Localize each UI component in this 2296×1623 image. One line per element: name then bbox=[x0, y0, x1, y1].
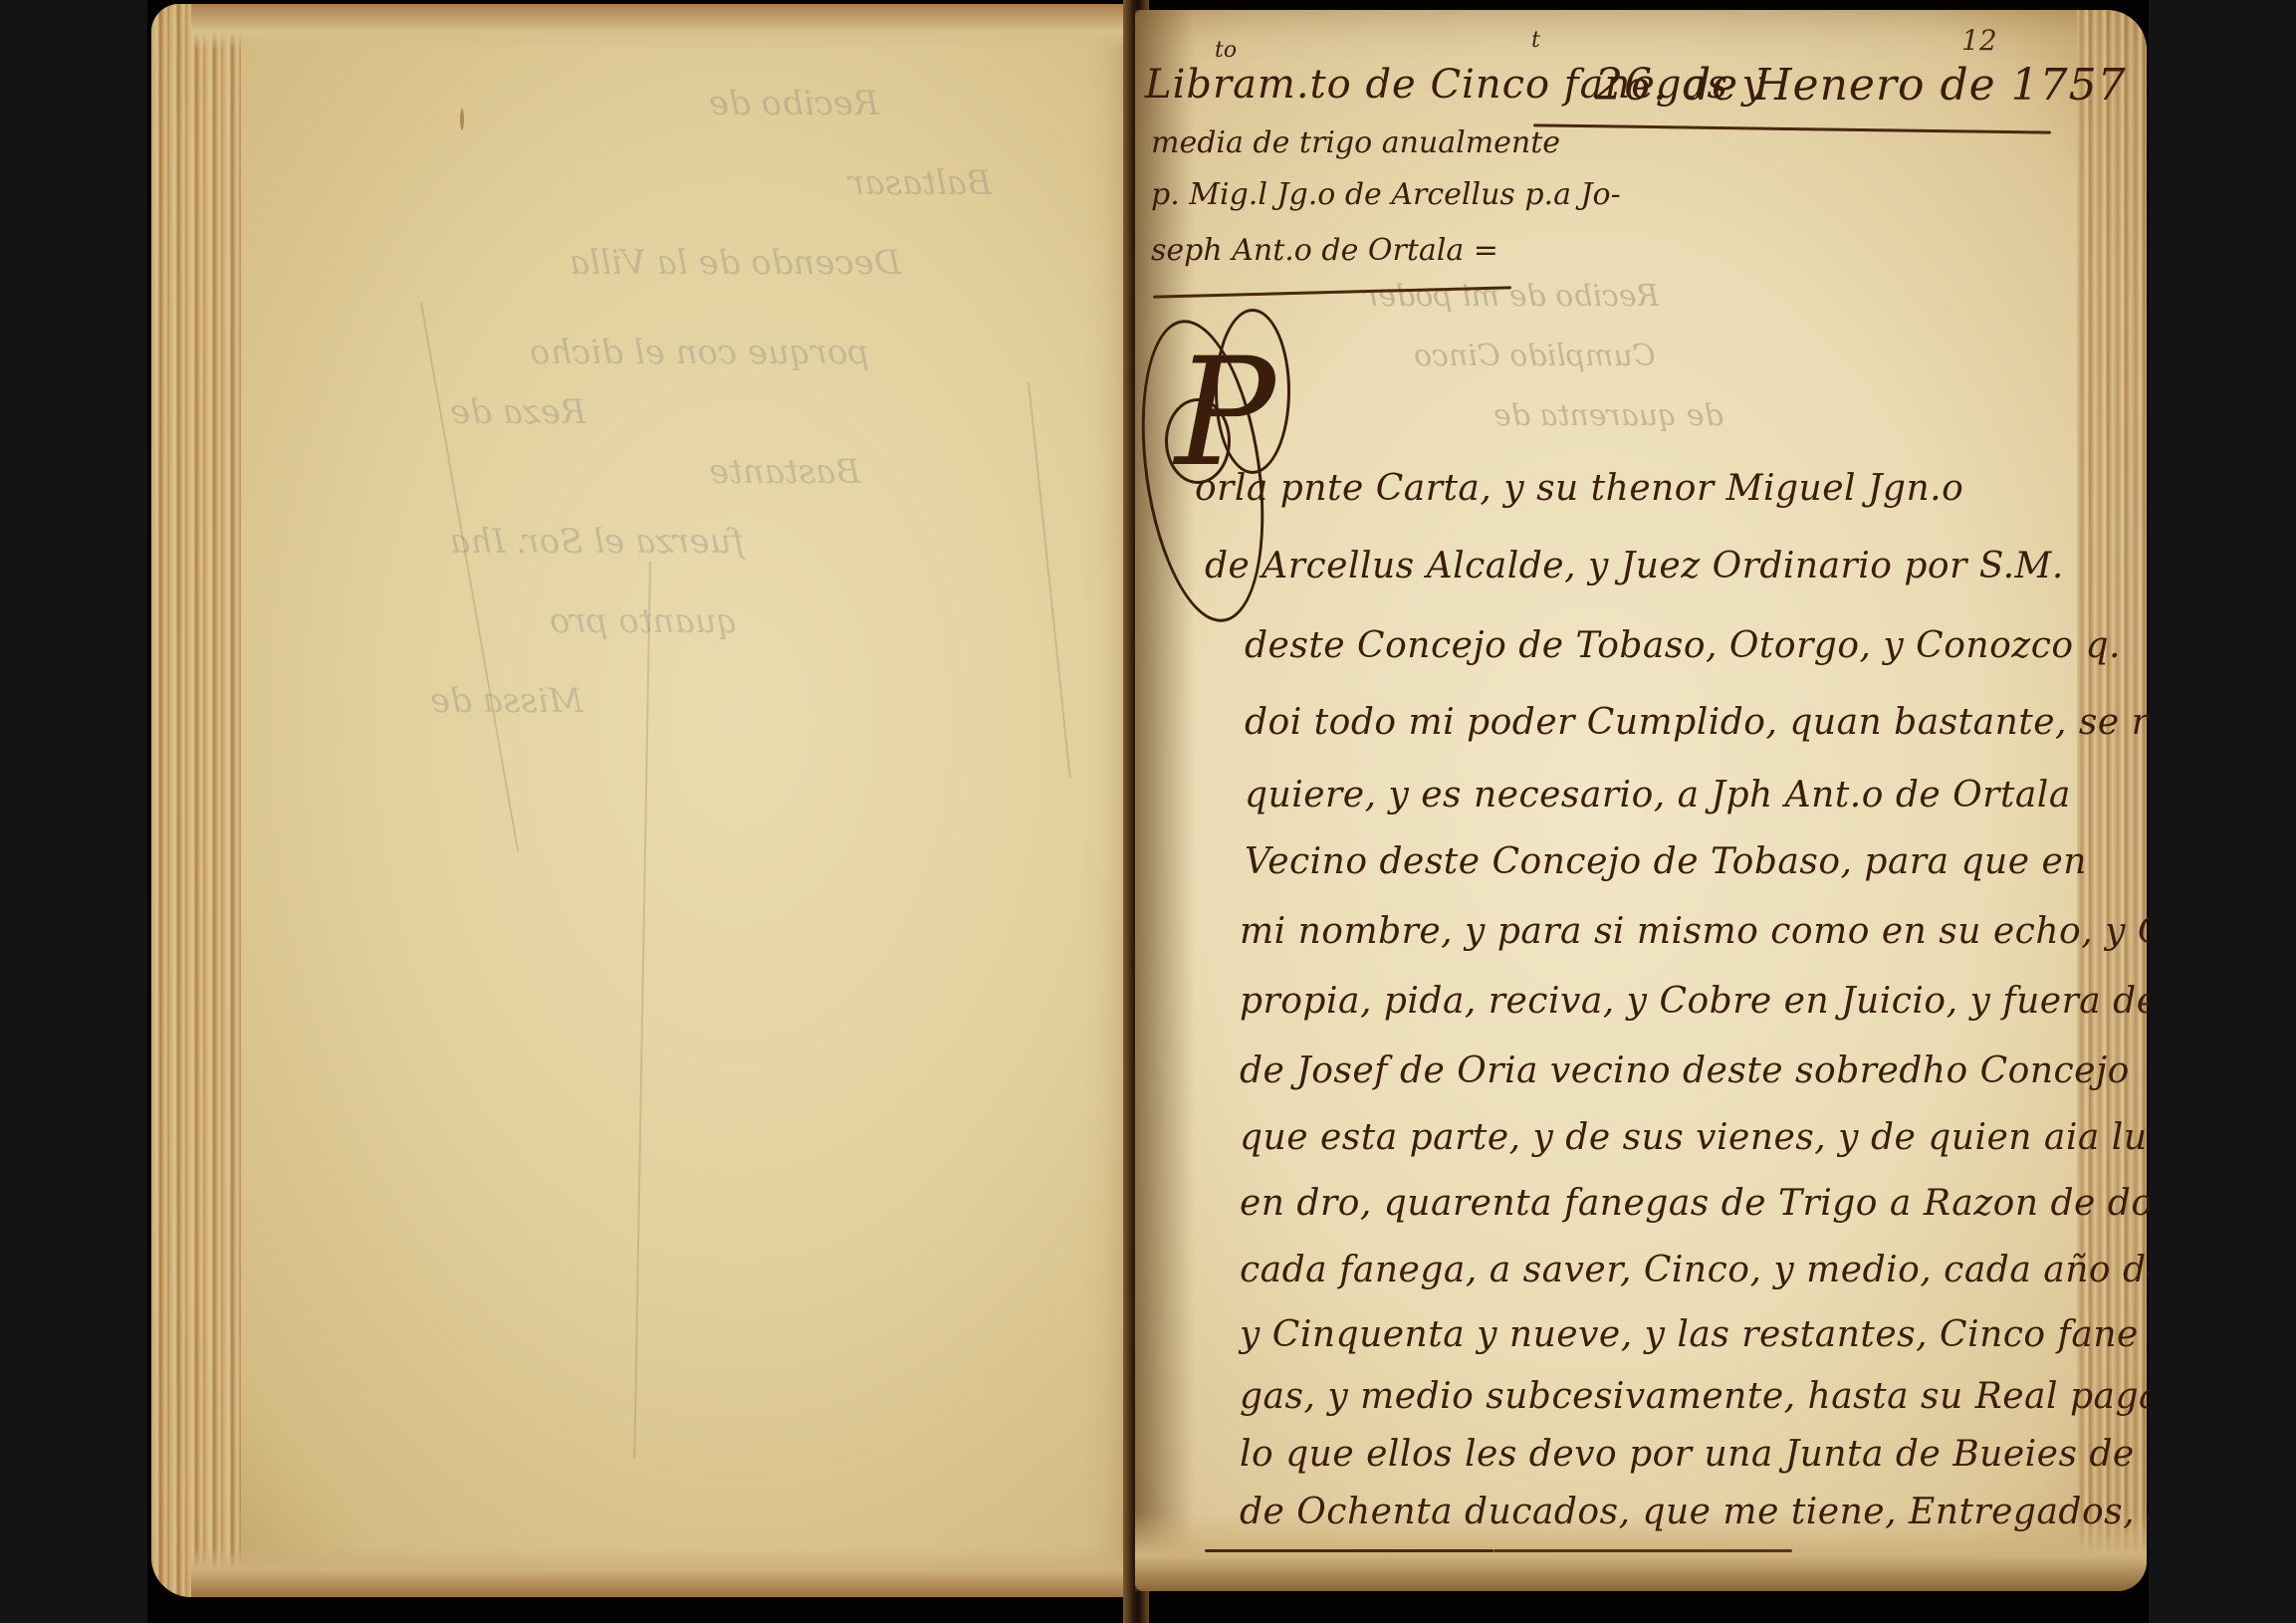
bleed-through-text: Cumplido Cinco bbox=[1414, 339, 1656, 373]
pencil-stroke bbox=[1028, 382, 1071, 779]
pencil-stroke bbox=[633, 562, 651, 1458]
image-viewer: Recibo de Baltasar Decendo de la Villa p… bbox=[0, 0, 2296, 1623]
body-line: orla pnte Carta, y su thenor Miguel Jgn.… bbox=[1195, 468, 1963, 509]
folio-number: 12 bbox=[1961, 24, 1997, 57]
body-line: gas, y medio subcesivamente, hasta su Re… bbox=[1240, 1376, 2149, 1417]
margin-note-line: media de trigo anualmente bbox=[1151, 125, 1560, 160]
body-line: propia, pida, reciva, y Cobre en Juicio,… bbox=[1240, 981, 2149, 1022]
body-line: mi nombre, y para si mismo como en su ec… bbox=[1240, 911, 2149, 952]
bleed-through-text: Baltasar bbox=[848, 163, 992, 203]
margin-note-line: seph Ant.o de Ortala = bbox=[1151, 233, 1498, 268]
closing-rule bbox=[1493, 1549, 1792, 1552]
body-line: en dro, quarenta fanegas de Trigo a Razo… bbox=[1240, 1183, 2149, 1224]
left-page-top-edge bbox=[191, 4, 1129, 50]
superscript: t bbox=[1531, 28, 1540, 53]
margin-note-line: p. Mig.l Jg.o de Arcellus p.a Jo- bbox=[1151, 177, 1621, 212]
superscript: to bbox=[1215, 38, 1237, 63]
closing-rule bbox=[1205, 1549, 1493, 1552]
bleed-through-text: Reza de bbox=[450, 392, 586, 432]
bleed-through-text: porque con el dicho bbox=[530, 333, 869, 372]
left-page-bottom-edge bbox=[191, 1547, 1129, 1597]
bleed-through-text: Recibo de mi poder bbox=[1364, 279, 1659, 314]
body-line: deste Concejo de Tobaso, Otorgo, y Conoz… bbox=[1245, 625, 2121, 666]
body-line: de Ochenta ducados, que me tiene, Entreg… bbox=[1240, 1492, 2149, 1532]
left-page: Recibo de Baltasar Decendo de la Villa p… bbox=[151, 4, 1129, 1597]
bleed-through-text: Bastante bbox=[709, 452, 860, 492]
pencil-stroke bbox=[420, 303, 519, 852]
viewer-right-margin bbox=[2149, 0, 2296, 1623]
manuscript-scan: Recibo de Baltasar Decendo de la Villa p… bbox=[147, 0, 2149, 1623]
ink-spot bbox=[460, 109, 464, 130]
body-line: quiere, y es necesario, a Jph Ant.o de O… bbox=[1245, 775, 2071, 815]
body-line: cada fanega, a saver, Cinco, y medio, ca… bbox=[1240, 1250, 2149, 1290]
body-line: de Josef de Oria vecino deste sobredho C… bbox=[1240, 1050, 2130, 1091]
body-line: doi todo mi poder Cumplido, quan bastant… bbox=[1245, 702, 2149, 743]
body-line: que esta parte, y de sus vienes, y de qu… bbox=[1240, 1117, 2149, 1158]
initial-letter: P bbox=[1175, 339, 1275, 488]
bleed-through-text: quanto pro bbox=[550, 601, 738, 641]
bleed-through-text: de quarenta de bbox=[1493, 398, 1723, 433]
bleed-through-text: Decendo de la Villa bbox=[570, 243, 901, 283]
header-underline bbox=[1533, 123, 2051, 133]
bleed-through-text: Recibo de bbox=[709, 84, 879, 123]
body-line: lo que ellos les devo por una Junta de B… bbox=[1240, 1434, 2149, 1475]
left-page-frayed-edge bbox=[151, 4, 241, 1597]
bleed-through-text: fuerza el Sor. Iha bbox=[450, 522, 744, 562]
right-page: Recibo de mi poder Cumplido Cinco de qua… bbox=[1135, 10, 2147, 1591]
body-line: y Cinquenta y nueve, y las restantes, Ci… bbox=[1240, 1314, 2139, 1355]
viewer-left-margin bbox=[0, 0, 147, 1623]
body-line: de Arcellus Alcalde, y Juez Ordinario po… bbox=[1205, 546, 2064, 586]
body-line: Vecino deste Concejo de Tobaso, para que… bbox=[1245, 841, 2087, 882]
bleed-through-text: Missa de bbox=[430, 681, 583, 721]
header-date: 26. de Henero de 1757 bbox=[1595, 60, 2127, 111]
